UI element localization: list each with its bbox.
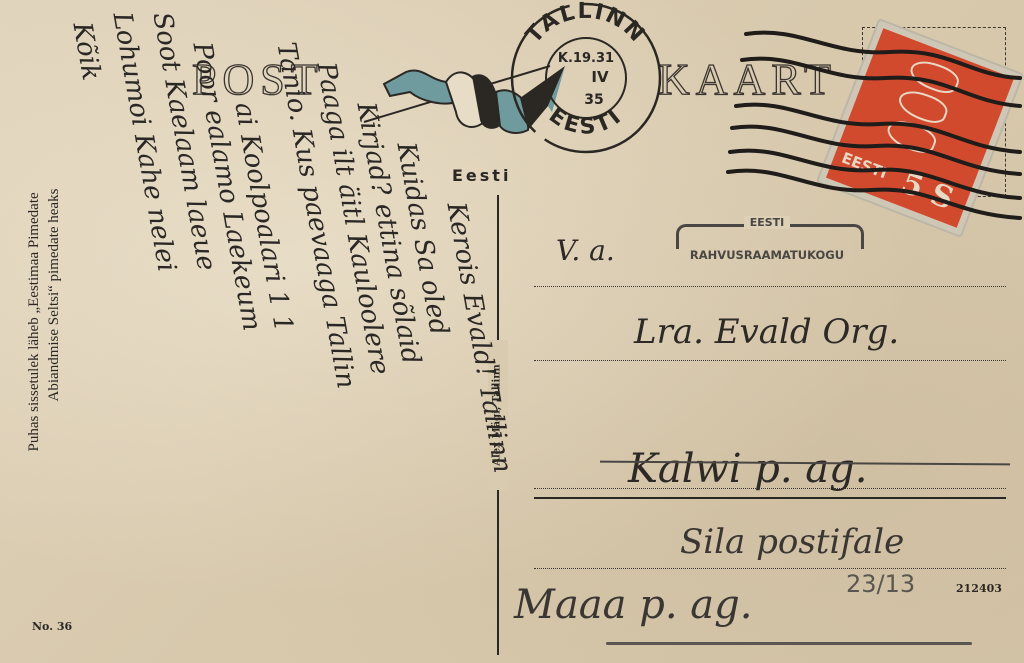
postcard: POST KAART TALLINN EESTI K.19.31 IV 35 E…	[0, 0, 1024, 663]
address-name: Lra. Evald Org.	[634, 312, 899, 352]
svg-text:TALLINN: TALLINN	[521, 0, 650, 48]
card-number: No. 36	[32, 620, 72, 633]
library-stamp-line2: RAHVUSRAAMATUKOGU	[672, 248, 862, 262]
address-underline	[606, 642, 972, 645]
postmark-year: 35	[584, 92, 603, 108]
postmark-country: EESTI	[544, 103, 628, 140]
postmark-month: IV	[591, 68, 609, 86]
charity-note-line1: Puhas sissetulek läheb „Eestimaa Pimedat…	[24, 189, 44, 452]
library-stamp: EESTI RAHVUSRAAMATUKOGU	[672, 214, 862, 270]
address-line	[534, 568, 1006, 569]
cancellation-waves	[720, 20, 1024, 240]
library-stamp-line1: EESTI	[744, 216, 791, 229]
address-line-solid	[534, 497, 1006, 499]
address-line	[534, 360, 1006, 361]
message-line: Kerois Evald! Tallinn	[440, 200, 517, 475]
address-line4: Maaa p. ag.	[514, 582, 752, 628]
address-line3: Sila postifale	[680, 522, 904, 562]
serial-number: 212403	[956, 582, 1002, 595]
country-label: Eesti	[452, 166, 511, 185]
address-line	[534, 286, 1006, 287]
message-line: Kõik	[66, 20, 106, 83]
postmark-city: TALLINN	[521, 0, 650, 48]
postmark-time: K.19.31	[558, 51, 614, 66]
postmark: TALLINN EESTI K.19.31 IV 35	[490, 0, 670, 156]
address-salutation: V. a.	[556, 234, 615, 267]
address-place-struck: Kalwi p. ag.	[628, 446, 867, 492]
charity-note-line2: Abiandmise Seltsi“ pimedate heaks	[44, 189, 64, 452]
charity-note: Puhas sissetulek läheb „Eestimaa Pimedat…	[24, 189, 64, 452]
address-note: 23/13	[846, 570, 915, 598]
svg-text:EESTI: EESTI	[544, 103, 628, 140]
